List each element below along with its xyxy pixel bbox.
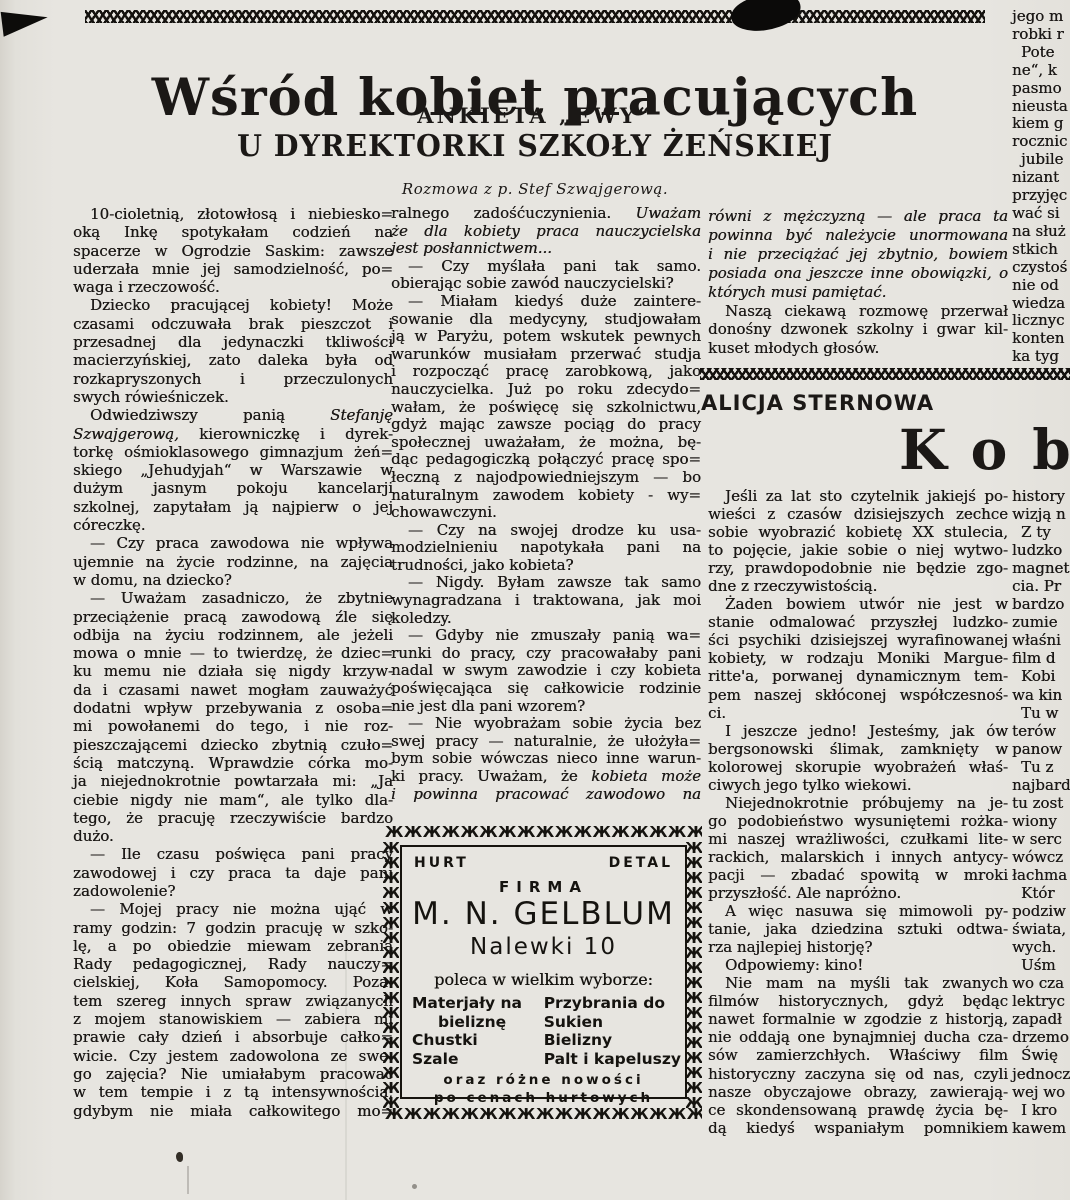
text-line: stanie odmalować przyszłej ludzko-: [708, 613, 1008, 631]
text-line: — Mojej pracy nie można ująć w: [73, 900, 393, 918]
text-line: przesadnej dla jedynaczki tkliwości: [73, 333, 393, 351]
text-line: runki do pracy, czy pracowałaby pani: [391, 645, 701, 663]
ad-items: Materjały nabieliznęChustkiSzale Przybra…: [412, 994, 681, 1068]
text-line: nie od: [1012, 277, 1070, 295]
text-line: ki pracy. Uważam, że kobieta może: [391, 768, 701, 786]
text-line: da i czasami nawet mogłam zauważyć: [73, 681, 393, 699]
text-line: i powinna pracować zawodowo na: [391, 786, 701, 804]
scan-artifact-ink-blob: [729, 0, 803, 35]
text-line: — Nie wyobrażam sobie życia bez: [391, 715, 701, 733]
text-line: zawodowej i czy praca ta daje pani: [73, 864, 393, 882]
text-line: nawet formalnie w zgodzie z historją,: [708, 1010, 1008, 1028]
text-line: Dziecko pracującej kobiety! Może: [73, 296, 393, 314]
text-line: rozkapryszonych i przeczulonych: [73, 370, 393, 388]
text-line: — Nigdy. Byłam zawsze tak samo: [391, 574, 701, 592]
text-line: odbija na życiu rodzinnem, ale jeżeli: [73, 626, 393, 644]
text-line: właśni: [1012, 631, 1070, 649]
ad-firma-label: FIRMA: [402, 878, 685, 896]
ad-border-right: [686, 839, 702, 1108]
text-line: dne z rzeczywistością.: [708, 577, 1008, 595]
text-line: ka tyg: [1012, 348, 1070, 366]
text-line: najbard: [1012, 776, 1070, 794]
text-line: że dla kobiety praca nauczycielska: [391, 223, 701, 241]
ad-items-left: Materjały nabieliznęChustkiSzale: [412, 994, 544, 1068]
text-line: chowawczyni.: [391, 504, 701, 522]
text-line: ści psychiki dzisiejszej wyrafinowanej: [708, 631, 1008, 649]
text-line: wa kin: [1012, 686, 1070, 704]
text-line: dużo.: [73, 827, 393, 845]
ad-inner-frame: HURT DETAL FIRMA M. N. GELBLUM Nalewki 1…: [400, 845, 687, 1099]
ad-border-bottom: [385, 1106, 702, 1123]
text-line: Jeśli za lat sto czytelnik jakiejś po-: [708, 487, 1008, 505]
text-line: trudności, jako kobieta?: [391, 557, 701, 575]
text-line: lektryc: [1012, 992, 1070, 1010]
text-line: nizant: [1012, 169, 1070, 187]
text-line: łachma: [1012, 866, 1070, 884]
text-line: Materjały na: [412, 994, 544, 1013]
text-line: rackich, malarskich i innych antycy-: [708, 848, 1008, 866]
text-line: dodatni wpływ przebywania z osoba=: [73, 699, 393, 717]
text-line: konten: [1012, 330, 1070, 348]
text-line: ją w Paryżu, potem wskutek pewnych: [391, 328, 701, 346]
text-line: przyjęc: [1012, 187, 1070, 205]
text-line: robki r: [1012, 26, 1070, 44]
text-line: jego m: [1012, 8, 1070, 26]
text-line: spacerze w Ogrodzie Saskim: zawsze: [73, 242, 393, 260]
text-line: ku memu nie działa się nigdy krzyw-: [73, 662, 393, 680]
text-line: drzemo: [1012, 1028, 1070, 1046]
text-line: — Ile czasu poświęca pani pracy: [73, 845, 393, 863]
text-line: torkę ośmioklasowego gimnazjum żeń=: [73, 443, 393, 461]
text-line: wówcz: [1012, 848, 1070, 866]
text-line: rocznic: [1012, 133, 1070, 151]
text-line: Z ty: [1012, 523, 1070, 541]
newspaper-page-scan: Wśród kobiet pracujących ANKIETA „EWY“ U…: [0, 0, 1070, 1200]
text-line: Szwajgerową, kierowniczkę i dyrek-: [73, 425, 393, 443]
text-line: swej pracy — naturalnie, że ułożyła=: [391, 733, 701, 751]
text-line: Bielizny: [544, 1031, 681, 1050]
text-line: tu zost: [1012, 794, 1070, 812]
text-line: wać si: [1012, 205, 1070, 223]
text-line: pacji — zbadać spowitą w mroki: [708, 866, 1008, 884]
text-line: ja niejednokrotnie powtarzała mi: „Ja: [73, 772, 393, 790]
text-line: wych.: [1012, 938, 1070, 956]
text-line: modzielnieniu napotykała pani na: [391, 539, 701, 557]
text-line: — Czy praca zawodowa nie wpływa: [73, 534, 393, 552]
text-line: pieszczającemi dziecko zbytnią czuło=: [73, 736, 393, 754]
text-line: macierzyńskiej, zato daleka była od: [73, 351, 393, 369]
text-line: pasmo: [1012, 80, 1070, 98]
text-line: gdyż mając zawsze pociąg do pracy: [391, 416, 701, 434]
article2-column-1: Jeśli za lat sto czytelnik jakiejś po-wi…: [708, 487, 1008, 1137]
text-line: ne“, k: [1012, 62, 1070, 80]
text-line: kuset młodych głosów.: [708, 339, 1008, 358]
text-line: uderzała mnie jej samodzielność, po=: [73, 260, 393, 278]
text-line: panow: [1012, 740, 1070, 758]
text-line: stkich: [1012, 241, 1070, 259]
section-divider: [700, 368, 1070, 380]
text-line: mi powołanemi do tego, i nie roz-: [73, 717, 393, 735]
text-line: I kro: [1012, 1101, 1070, 1119]
text-line: jednocz: [1012, 1065, 1070, 1083]
text-line: — Uważam zasadniczo, że zbytnie: [73, 589, 393, 607]
text-line: Szale: [412, 1050, 544, 1069]
text-line: Pote: [1012, 44, 1070, 62]
text-line: nieusta: [1012, 98, 1070, 116]
text-line: nauczycielka. Już po roku zdecydo=: [391, 381, 701, 399]
text-line: warunków musiałam przerwać studja: [391, 346, 701, 364]
text-line: koledzy.: [391, 610, 701, 628]
text-line: tanie, jaka dziedzina sztuki odtwa-: [708, 920, 1008, 938]
text-line: sów zamierzchłych. Właściwy film: [708, 1046, 1008, 1064]
text-line: waga i rzeczowość.: [73, 278, 393, 296]
text-line: kiem g: [1012, 115, 1070, 133]
text-line: ludzko: [1012, 541, 1070, 559]
article1-column-2: ralnego zadośćuczynienia. Uważamże dla k…: [391, 205, 701, 803]
right-edge-column-fragment-bottom: historywizją nZ tyludzkomagnetcia. Prbar…: [1012, 487, 1070, 1137]
text-line: Chustki: [412, 1031, 544, 1050]
text-line: dą kiedyś wspaniałym pomnikiem: [708, 1119, 1008, 1137]
text-line: wiony: [1012, 812, 1070, 830]
article1-column-3: równi z mężczyzną — ale praca tapowinna …: [708, 207, 1008, 358]
text-line: ścią matczyną. Wprawdzie córka mo-: [73, 754, 393, 772]
text-line: jest posłannictwem...: [391, 240, 701, 258]
text-line: zadowolenie?: [73, 882, 393, 900]
text-line: rza najlepiej historję?: [708, 938, 1008, 956]
ad-hurt-label: HURT: [414, 855, 469, 871]
ad-items-right: Przybrania doSukienBieliznyPalt i kapelu…: [544, 994, 681, 1068]
text-line: wieści z czasów dzisiejszych zechce: [708, 505, 1008, 523]
text-line: 10-cioletnią, złotowłosą i niebiesko=: [73, 205, 393, 223]
text-line: jubile: [1012, 151, 1070, 169]
ad-footer-line1: oraz różne nowości: [402, 1072, 685, 1088]
text-line: czasami odczuwała brak pieszczot i: [73, 315, 393, 333]
text-line: w domu, na dziecko?: [73, 571, 393, 589]
text-line: Naszą ciekawą rozmowę przerwał: [708, 302, 1008, 321]
text-line: równi z mężczyzną — ale praca ta: [708, 207, 1008, 226]
text-line: Uśm: [1012, 956, 1070, 974]
ad-address: Nalewki 10: [402, 934, 685, 960]
advertisement-gelblum: HURT DETAL FIRMA M. N. GELBLUM Nalewki 1…: [383, 824, 704, 1125]
text-line: Niejednokrotnie próbujemy na je-: [708, 794, 1008, 812]
text-line: wo cza: [1012, 974, 1070, 992]
text-line: wałam, że poświęcę się szkolnictwu,: [391, 399, 701, 417]
text-line: ujemnie na życie rodzinne, na zajęcia: [73, 553, 393, 571]
ad-lead-text: poleca w wielkim wyborze:: [402, 970, 685, 989]
scan-artifact-fold-line: [345, 940, 347, 1200]
text-line: Palt i kapeluszy: [544, 1050, 681, 1069]
text-line: rzy, prawdopodobnie nie będzie zgo-: [708, 559, 1008, 577]
scan-artifact-speck: [176, 1152, 183, 1162]
article1-subtitle-dyrektorki: U DYREKTORKI SZKOŁY ŻEŃSKIEJ: [27, 129, 1044, 164]
text-line: ciebie nigdy nie mam“, ale tylko dla-: [73, 791, 393, 809]
text-line: powinna być należycie unormowana: [708, 226, 1008, 245]
text-line: Kobi: [1012, 667, 1070, 685]
text-line: sowanie dla medycyny, studjowałam: [391, 311, 701, 329]
text-line: ramy godzin: 7 godzin pracuję w szko-: [73, 919, 393, 937]
text-line: Tu w: [1012, 704, 1070, 722]
text-line: wiedza: [1012, 295, 1070, 313]
text-line: kobiety, w rodzaju Moniki Margue-: [708, 649, 1008, 667]
text-line: których musi pamiętać.: [708, 283, 1008, 302]
text-line: — Czy myślała pani tak samo.: [391, 258, 701, 276]
text-line: podziw: [1012, 902, 1070, 920]
text-line: bardzo: [1012, 595, 1070, 613]
article1-subtitle-ankieta: ANKIETA „EWY“: [0, 103, 1070, 128]
text-line: cia. Pr: [1012, 577, 1070, 595]
text-line: nadal w swym zawodzie i czy kobieta: [391, 662, 701, 680]
text-line: naturalnym zawodem kobiety - wy=: [391, 487, 701, 505]
text-line: Tu z: [1012, 758, 1070, 776]
text-line: wynagradzana i traktowana, jak moi: [391, 592, 701, 610]
text-line: bym sobie wówczas nieco inne warun-: [391, 750, 701, 768]
right-edge-column-fragment-top: jego mrobki rPotene“, kpasmonieustakiem …: [1012, 8, 1070, 366]
text-line: zumie: [1012, 613, 1070, 631]
text-line: to pojęcie, jakie sobie o niej wytwo-: [708, 541, 1008, 559]
text-line: posiada ona jeszcze inne obowiązki, o: [708, 264, 1008, 283]
text-line: ralnego zadośćuczynienia. Uważam: [391, 205, 701, 223]
text-line: zapadł: [1012, 1010, 1070, 1028]
text-line: przyszłość. Ale napróżno.: [708, 884, 1008, 902]
text-line: na służ: [1012, 223, 1070, 241]
text-line: terów: [1012, 722, 1070, 740]
text-line: społecznej uważałam, że można, bę-: [391, 434, 701, 452]
text-line: szkolnej, zapytałam ją najpierw o jej: [73, 498, 393, 516]
text-line: ciwych jego tylko wiekowi.: [708, 776, 1008, 794]
text-line: dużym jasnym pokoju kancelarji: [73, 479, 393, 497]
text-line: Sukien: [544, 1013, 681, 1032]
text-line: i nie przeciążać jej zbytnio, bowiem: [708, 245, 1008, 264]
text-line: oką Inkę spotykałam codzień na: [73, 223, 393, 241]
text-line: nasze obyczajowe obrazy, zawierają-: [708, 1083, 1008, 1101]
ad-border-left: [383, 839, 399, 1108]
text-line: bergsonowski ślimak, zamknięty w: [708, 740, 1008, 758]
text-line: poświęcająca się całkowicie rodzinie: [391, 680, 701, 698]
text-line: kolorowej skorupie wyobrażeń właś-: [708, 758, 1008, 776]
text-line: Świę: [1012, 1046, 1070, 1064]
text-line: history: [1012, 487, 1070, 505]
text-line: nie jest dla pani wzorem?: [391, 698, 701, 716]
article2-author: ALICJA STERNOWA: [701, 391, 934, 415]
text-line: Żaden bowiem utwór nie jest w: [708, 595, 1008, 613]
ad-border-top: [385, 824, 702, 841]
text-line: wizją n: [1012, 505, 1070, 523]
text-line: Odwiedziwszy panią Stefanję: [73, 406, 393, 424]
text-line: nie oddają one bynajmniej ducha cza-: [708, 1028, 1008, 1046]
text-line: kawem: [1012, 1119, 1070, 1137]
text-line: — Gdyby nie zmuszały panią wa=: [391, 627, 701, 645]
text-line: go podobieństwo wysuniętemi rożka-: [708, 812, 1008, 830]
text-line: łeczną z najodpowiedniejszym — bo: [391, 469, 701, 487]
ad-company-name: M. N. GELBLUM: [402, 896, 685, 932]
text-line: pem naszej skłóconej współczesnoś-: [708, 686, 1008, 704]
text-line: w serc: [1012, 830, 1070, 848]
text-line: film d: [1012, 649, 1070, 667]
text-line: sobie wyobrazić kobietę XX stulecia,: [708, 523, 1008, 541]
text-line: — Miałam kiedyś duże zaintere-: [391, 293, 701, 311]
text-line: swych rówieśniczek.: [73, 388, 393, 406]
text-line: Odpowiemy: kino!: [708, 956, 1008, 974]
text-line: magnet: [1012, 559, 1070, 577]
text-line: ritte'a, porwanej dynamicznym tem-: [708, 667, 1008, 685]
scan-artifact-speck-small: [412, 1184, 417, 1189]
text-line: — Czy na swojej drodze ku usa-: [391, 522, 701, 540]
text-line: przeciążenie pracą zawodową źle się: [73, 608, 393, 626]
scan-artifact-crease-mark: [187, 1166, 189, 1194]
text-line: historyczny zaczyna się od nas, czyli: [708, 1065, 1008, 1083]
text-line: Któr: [1012, 884, 1070, 902]
text-line: świata,: [1012, 920, 1070, 938]
text-line: tego, że pracuję rzeczywiście bardzo: [73, 809, 393, 827]
text-line: czystoś: [1012, 259, 1070, 277]
text-line: licznyc: [1012, 312, 1070, 330]
text-line: ce skondensowaną prawdę życia bę-: [708, 1101, 1008, 1119]
text-line: obierając sobie zawód nauczycielski?: [391, 275, 701, 293]
text-line: skiego „Jehudyjah“ w Warszawie w: [73, 461, 393, 479]
text-line: mowa o mnie — to twierdzę, że dziec=: [73, 644, 393, 662]
text-line: A więc nasuwa się mimowoli py-: [708, 902, 1008, 920]
ad-header-row: HURT DETAL: [414, 855, 673, 871]
ad-detal-label: DETAL: [609, 855, 673, 871]
text-line: córeczkę.: [73, 516, 393, 534]
text-line: ci.: [708, 704, 1008, 722]
scan-artifact-corner-triangle: [1, 6, 50, 36]
page-top-border: [85, 10, 985, 23]
text-line: mi naszej wrażliwości, czułkami lite-: [708, 830, 1008, 848]
text-line: filmów historycznych, gdyż będąc: [708, 992, 1008, 1010]
text-line: wej wo: [1012, 1083, 1070, 1101]
text-line: I jeszcze jedno! Jesteśmy, jak ów: [708, 722, 1008, 740]
text-line: Nie mam na myśli tak zwanych: [708, 974, 1008, 992]
text-line: dąc pedagogiczką połączyć pracę spo=: [391, 451, 701, 469]
text-line: Przybrania do: [544, 994, 681, 1013]
text-line: bieliznę: [412, 1013, 544, 1032]
article1-byline: Rozmowa z p. Stef Szwajgerową.: [0, 180, 1070, 198]
article2-headline-clipped: Kobi: [899, 417, 1070, 482]
text-line: donośny dzwonek szkolny i gwar kil-: [708, 320, 1008, 339]
text-line: i rozpocząć pracę zarobkową, jako: [391, 363, 701, 381]
ad-footer-line2: po cenach hurtowych: [402, 1090, 685, 1106]
